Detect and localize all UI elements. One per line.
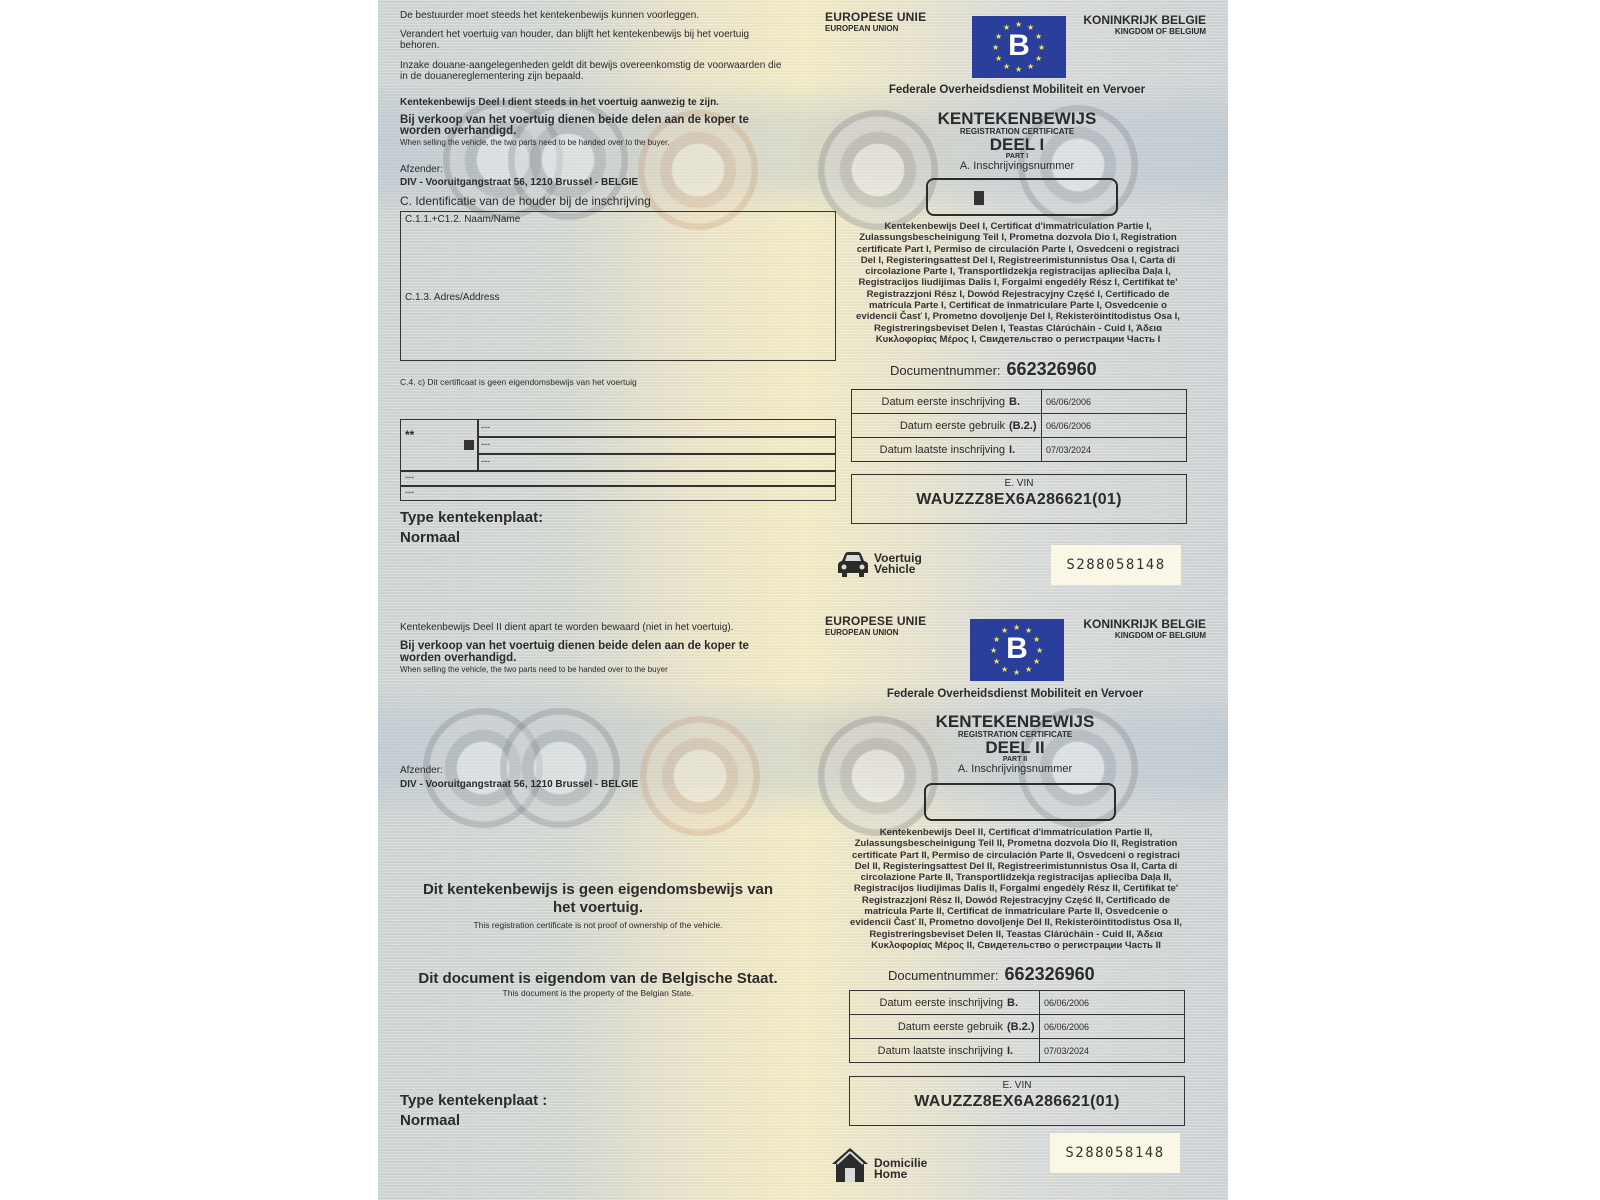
table-row: Datum eerste inschrijvingB. 06/06/2006 xyxy=(850,991,1185,1015)
sender-address: DIV - Vooruitgangstraat 56, 1210 Brussel… xyxy=(400,177,638,188)
multilingual-titles: Kentekenbewijs Deel II, Certificat d'imm… xyxy=(846,827,1186,951)
ownership-notice: Dit kentekenbewijs is geen eigendomsbewi… xyxy=(413,881,783,917)
note-2: Verandert het voertuig van houder, dan b… xyxy=(400,29,760,51)
table-row: Datum laatste inschrijvingI. 07/03/2024 xyxy=(850,1039,1185,1063)
registration-certificate-part-2: Kentekenbewijs Deel II dient apart te wo… xyxy=(378,598,1228,1200)
agency-name: Federale Overheidsdienst Mobiliteit en V… xyxy=(865,688,1165,700)
document-number-value: 662326960 xyxy=(1007,359,1097,379)
icon-label-en: Home xyxy=(874,1169,927,1180)
sale-note-en: When selling the vehicle, the two parts … xyxy=(400,665,800,674)
eu-label-en: EUROPEAN UNION xyxy=(825,628,926,637)
kingdom-label: KONINKRIJK BELGIE KINGDOM OF BELGIUM xyxy=(1083,617,1206,640)
date-label: Datum laatste inschrijving xyxy=(880,444,1005,456)
eu-flag-icon: B ★ ★ ★ ★ ★ ★ ★ ★ ★ ★ ★ ★ xyxy=(970,619,1064,681)
plate-type: Type kentekenplaat : Normaal xyxy=(400,1091,547,1131)
sale-note-nl: Bij verkoop van het voertuig dienen beid… xyxy=(400,115,760,137)
eu-label: EUROPESE UNIE EUROPEAN UNION xyxy=(825,10,926,33)
vin-value: WAUZZZ8EX6A286621(01) xyxy=(850,1093,1184,1111)
redacted-mark xyxy=(974,191,984,205)
note-1: De bestuurder moet steeds het kentekenbe… xyxy=(400,10,780,21)
date-label: Datum eerste inschrijving xyxy=(880,997,1004,1009)
plate-type-value: Normaal xyxy=(400,528,543,548)
agency-name: Federale Overheidsdienst Mobiliteit en V… xyxy=(867,84,1167,96)
serial-number: S288058148 xyxy=(1051,545,1181,585)
plate-type-label: Type kentekenplaat : xyxy=(400,1091,547,1111)
date-value: 06/06/2006 xyxy=(1040,991,1185,1015)
table-row: Datum eerste gebruik(B.2.) 06/06/2006 xyxy=(850,1015,1185,1039)
sale-note-en: When selling the vehicle, the two parts … xyxy=(400,138,800,147)
icon-label: Voertuig Vehicle xyxy=(874,553,922,575)
car-icon xyxy=(836,551,870,584)
c4-note: C.4. c) Dit certificaat is geen eigendom… xyxy=(400,377,637,387)
date-value: 06/06/2006 xyxy=(1040,1015,1185,1039)
watermark-wheel xyxy=(640,716,760,836)
title-block: KENTEKENBEWIJS REGISTRATION CERTIFICATE … xyxy=(885,713,1145,776)
date-value: 06/06/2006 xyxy=(1042,390,1187,414)
date-code: B. xyxy=(1009,396,1037,408)
date-label: Datum eerste inschrijving xyxy=(882,396,1006,408)
property-notice: Dit document is eigendom van de Belgisch… xyxy=(388,970,808,987)
home-icon xyxy=(830,1146,870,1189)
notice-part2: Kentekenbewijs Deel II dient apart te wo… xyxy=(400,622,820,633)
property-notice-en: This document is the property of the Bel… xyxy=(388,988,808,998)
date-label: Datum laatste inschrijving xyxy=(878,1045,1003,1057)
dates-table: Datum eerste inschrijvingB. 06/06/2006 D… xyxy=(849,990,1185,1063)
kingdom-label: KONINKRIJK BELGIE KINGDOM OF BELGIUM xyxy=(1083,13,1206,36)
title: KENTEKENBEWIJS xyxy=(885,713,1145,730)
registration-number-field xyxy=(926,178,1118,216)
notice-part1: Kentekenbewijs Deel I dient steeds in he… xyxy=(400,97,800,108)
title: KENTEKENBEWIJS xyxy=(887,110,1147,127)
date-code: B. xyxy=(1007,997,1035,1009)
date-code: I. xyxy=(1009,444,1037,456)
vin-value: WAUZZZ8EX6A286621(01) xyxy=(852,491,1186,509)
kingdom-label-nl: KONINKRIJK BELGIE xyxy=(1083,617,1206,631)
kingdom-label-en: KINGDOM OF BELGIUM xyxy=(1083,631,1206,640)
registration-certificate-part-1: De bestuurder moet steeds het kentekenbe… xyxy=(378,0,1228,598)
deel-label: DEEL I xyxy=(887,136,1147,153)
plate-type-value: Normaal xyxy=(400,1111,547,1131)
deel-label: DEEL II xyxy=(885,739,1145,756)
sender-label: Afzender: xyxy=(400,164,443,175)
date-value: 07/03/2024 xyxy=(1042,438,1187,462)
holder-name-label: C.1.1.+C1.2. Naam/Name xyxy=(405,214,520,225)
document-number-value: 662326960 xyxy=(1005,964,1095,984)
table-row: Datum eerste gebruik(B.2.) 06/06/2006 xyxy=(852,414,1187,438)
date-code: I. xyxy=(1007,1045,1035,1057)
serial-number: S288058148 xyxy=(1050,1133,1180,1173)
eu-flag-icon: B ★ ★ ★ ★ ★ ★ ★ ★ ★ ★ ★ ★ xyxy=(972,16,1066,78)
flag-letter: B xyxy=(972,29,1066,63)
vehicle-info-grid: ** --- --- --- --- --- xyxy=(400,419,836,501)
document-number: Documentnummer:662326960 xyxy=(890,359,1097,380)
note-3: Inzake douane-aangelegenheden geldt dit … xyxy=(400,60,790,82)
sale-note-nl: Bij verkoop van het voertuig dienen beid… xyxy=(400,640,760,664)
kingdom-label-en: KINGDOM OF BELGIUM xyxy=(1083,27,1206,36)
table-row: Datum laatste inschrijvingI. 07/03/2024 xyxy=(852,438,1187,462)
multilingual-titles: Kentekenbewijs Deel I, Certificat d'imma… xyxy=(848,221,1188,345)
document-number-label: Documentnummer: xyxy=(888,968,999,983)
eu-label: EUROPESE UNIE EUROPEAN UNION xyxy=(825,614,926,637)
part-label: PART II xyxy=(885,756,1145,763)
grid-dash: --- xyxy=(405,472,414,482)
date-value: 07/03/2024 xyxy=(1040,1039,1185,1063)
sender-address: DIV - Vooruitgangstraat 56, 1210 Brussel… xyxy=(400,779,638,790)
flag-letter: B xyxy=(970,632,1064,666)
grid-marker: ** xyxy=(405,428,414,442)
registration-number-field xyxy=(924,783,1116,821)
eu-label-nl: EUROPESE UNIE xyxy=(825,10,926,24)
icon-label: Domicilie Home xyxy=(874,1158,927,1180)
holder-address-label: C.1.3. Adres/Address xyxy=(405,292,500,303)
table-row: Datum eerste inschrijvingB. 06/06/2006 xyxy=(852,390,1187,414)
plate-type: Type kentekenplaat: Normaal xyxy=(400,508,543,548)
ownership-notice-en: This registration certificate is not pro… xyxy=(413,920,783,930)
document-number-label: Documentnummer: xyxy=(890,363,1001,378)
holder-box: C.1.1.+C1.2. Naam/Name C.1.3. Adres/Addr… xyxy=(400,211,836,361)
grid-dash: --- xyxy=(481,422,490,432)
date-label: Datum eerste gebruik xyxy=(898,1021,1003,1033)
eu-label-en: EUROPEAN UNION xyxy=(825,24,926,33)
date-code: (B.2.) xyxy=(1007,1021,1035,1033)
grid-dash: --- xyxy=(481,456,490,466)
eu-label-nl: EUROPESE UNIE xyxy=(825,614,926,628)
icon-label-en: Vehicle xyxy=(874,564,922,575)
date-value: 06/06/2006 xyxy=(1042,414,1187,438)
reg-number-label: A. Inschrijvingsnummer xyxy=(887,160,1147,173)
dates-table: Datum eerste inschrijvingB. 06/06/2006 D… xyxy=(851,389,1187,462)
plate-type-label: Type kentekenplaat: xyxy=(400,508,543,528)
grid-dash: --- xyxy=(481,439,490,449)
title-block: KENTEKENBEWIJS REGISTRATION CERTIFICATE … xyxy=(887,110,1147,173)
reg-number-label: A. Inschrijvingsnummer xyxy=(885,763,1145,776)
part-label: PART I xyxy=(887,153,1147,160)
date-label: Datum eerste gebruik xyxy=(900,420,1005,432)
vin-label: E. VIN xyxy=(852,478,1186,489)
sender-label: Afzender: xyxy=(400,765,443,776)
holder-heading: C. Identificatie van de houder bij de in… xyxy=(400,194,651,208)
vin-label: E. VIN xyxy=(850,1080,1184,1091)
vin-box: E. VIN WAUZZZ8EX6A286621(01) xyxy=(849,1076,1185,1126)
date-code: (B.2.) xyxy=(1009,420,1037,432)
plus-box-icon xyxy=(464,440,474,450)
kingdom-label-nl: KONINKRIJK BELGIE xyxy=(1083,13,1206,27)
grid-dash: --- xyxy=(405,487,414,497)
vin-box: E. VIN WAUZZZ8EX6A286621(01) xyxy=(851,474,1187,524)
document-number: Documentnummer:662326960 xyxy=(888,964,1095,985)
watermark-wheel xyxy=(500,708,620,828)
